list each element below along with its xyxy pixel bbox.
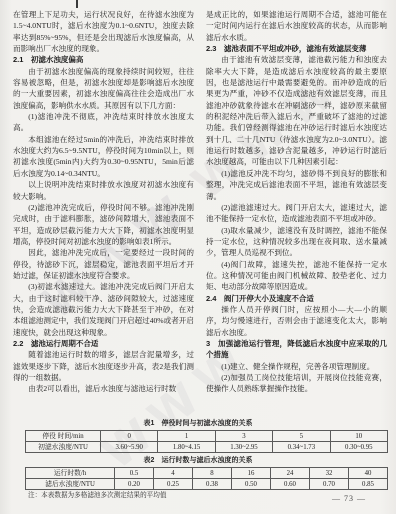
value-cell: 5	[273, 431, 330, 442]
paragraph: 以上说明冲洗结束时排放水浊度对初滤水浊度有较大影响。	[13, 179, 194, 202]
value-cell: 1	[158, 431, 215, 442]
value-cell: 0.20	[115, 479, 154, 490]
table-1: 停役 时间/min013510初滤水浊度/NTU3.60~5.901.80~4.…	[25, 430, 388, 453]
value-cell: 0	[101, 431, 158, 442]
row-label-cell: 初滤水浊度/NTU	[26, 442, 101, 453]
row-label-cell: 运行时数/h	[26, 468, 115, 479]
value-cell: 40	[349, 468, 388, 479]
value-cell: 0.60	[271, 479, 310, 490]
paragraph: (3)初滤水滤速过大。滤池冲洗完成后阀门开启太大，由于这时滤料较干净、滤砂间隙较…	[13, 281, 194, 338]
table-row: 停役 时间/min013510	[26, 431, 388, 442]
paragraph: 本组滤池在经过5min的冲洗后，冲洗结束时排放水浊度大约为6.5~9.5NTU，…	[13, 134, 194, 179]
paragraph: (1)滤池冲洗不彻底，冲洗结束时排放水浊度太高。	[13, 111, 194, 134]
paragraph: (1)滤池反冲洗不均匀，滤砂得不到良好的膨胀和整理，冲洗完成后滤池表面不平坦，滤…	[206, 168, 387, 202]
paragraph: (2)滤池滤速过大。阀门开启太大，滤速过大，滤池不能保持一定水位，造成滤池表面不…	[206, 202, 387, 225]
value-cell: 0.34~1.73	[273, 442, 330, 453]
value-cell: 16	[232, 468, 271, 479]
section-heading: 2.2 滤池运行周期不合适	[13, 338, 194, 349]
table-2: 运行时数/h0.54816243240滤后水浊度/NTU0.200.250.38…	[25, 467, 388, 490]
value-cell: 0.38	[193, 479, 232, 490]
scanned-page: WWW WWW WWW 在管理上下足功夫，运行状况良好，在待滤水浊度为1.5~4…	[0, 0, 396, 514]
section-heading: 3 加强滤池运行管理，降低滤后水浊度中应采取的几个措施	[206, 338, 387, 361]
table-2-caption: 表2 运行时数与滤后水浊度的关系	[0, 455, 396, 465]
right-column: 是成正比的，如果滤池运行周期不合适，滤池可能在一定时间内运行在滤后水浊度较高的状…	[206, 9, 387, 415]
paragraph: 由于初滤水浊度偏高的现象持续时间较短，往往容易被忽略，但是，初滤水浊度却是影响滤…	[13, 66, 194, 111]
table-note: 注：本表数据为多格滤池多次测定结果的平均值	[28, 489, 166, 499]
page-number: — 73 —	[332, 494, 366, 503]
scan-binding-mark	[76, 0, 78, 8]
value-cell: 3	[215, 431, 272, 442]
paragraph: 由于滤池有效滤层变薄，滤池截污能力和浊度去除率大大下降，是造成滤后水浊度较高的最…	[206, 54, 387, 167]
section-heading: 2.4 阀门开停大小及速度不合适	[206, 293, 387, 304]
paragraph: 由表2可以看出，滤后水浊度与滤池运行时数	[13, 383, 194, 394]
value-cell: 0.5	[115, 468, 154, 479]
paragraph: 随着滤池运行时数的增多，滤层含泥量增多，过滤效果逐步下降，滤后水浊度逐步升高，表…	[13, 349, 194, 383]
paragraph: (1)建立、健全操作规程，完善各项管理制度。	[206, 361, 387, 372]
paragraph: (2)滤池冲洗完成后，停役时间不够。滤池冲洗刚完成时，由于滤料膨胀，滤砂间隙增大…	[13, 202, 194, 247]
value-cell: 3.60~5.90	[101, 442, 158, 453]
paragraph: (2)加强员工岗位技能培训，开展岗位技能竞赛，使操作人员熟练掌握操作技能。	[206, 372, 387, 395]
paragraph: 因此，滤池冲洗完成后，一定要经过一段时间的停役，待滤砂下沉，滤层稳定，滤池表面平…	[13, 247, 194, 281]
value-cell: 0.30~0.95	[330, 442, 387, 453]
value-cell: 0.85	[349, 479, 388, 490]
table-row: 运行时数/h0.54816243240	[26, 468, 388, 479]
paragraph: (3)取水量减少，滤速没有及时调控，滤池不能保持一定水位，这种情况较多出现在夜间…	[206, 225, 387, 259]
row-label-cell: 停役 时间/min	[26, 431, 101, 442]
section-heading: 2.3 滤池表面不平坦或冲砂，滤池有效滤层变薄	[206, 43, 387, 54]
value-cell: 24	[271, 468, 310, 479]
value-cell: 0.70	[310, 479, 349, 490]
value-cell: 32	[310, 468, 349, 479]
value-cell: 10	[330, 431, 387, 442]
value-cell: 0.25	[154, 479, 193, 490]
table-row: 初滤水浊度/NTU3.60~5.901.80~4.151.30~2.950.34…	[26, 442, 388, 453]
value-cell: 8	[193, 468, 232, 479]
left-column: 在管理上下足功夫，运行状况良好，在待滤水浊度为1.5~4.0NTU时，滤后水浊度…	[13, 9, 194, 415]
paragraph: 操作人员开停阀门时，应按照小—大—小的顺序，均匀慢速进行，否则会由于滤速变化太大…	[206, 304, 387, 338]
paragraph: 是成正比的，如果滤池运行周期不合适，滤池可能在一定时间内运行在滤后水浊度较高的状…	[206, 9, 387, 43]
paragraph: 在管理上下足功夫，运行状况良好，在待滤水浊度为1.5~4.0NTU时，滤后水浊度…	[13, 9, 194, 54]
paragraph: (4)阀门故障，滤速失控，滤池不能保持一定水位。这种情况可能由阀门机械故障、胶垫…	[206, 259, 387, 293]
text-columns: 在管理上下足功夫，运行状况良好，在待滤水浊度为1.5~4.0NTU时，滤后水浊度…	[13, 9, 387, 415]
section-heading: 2.1 初滤水浊度偏高	[13, 54, 194, 65]
value-cell: 1.80~4.15	[158, 442, 215, 453]
value-cell: 1.30~2.95	[215, 442, 272, 453]
table-row: 滤后水浊度/NTU0.200.250.380.500.600.700.85	[26, 479, 388, 490]
row-label-cell: 滤后水浊度/NTU	[26, 479, 115, 490]
value-cell: 0.50	[232, 479, 271, 490]
table-1-caption: 表1 停役时间与初滤水浊度的关系	[0, 418, 396, 428]
value-cell: 4	[154, 468, 193, 479]
